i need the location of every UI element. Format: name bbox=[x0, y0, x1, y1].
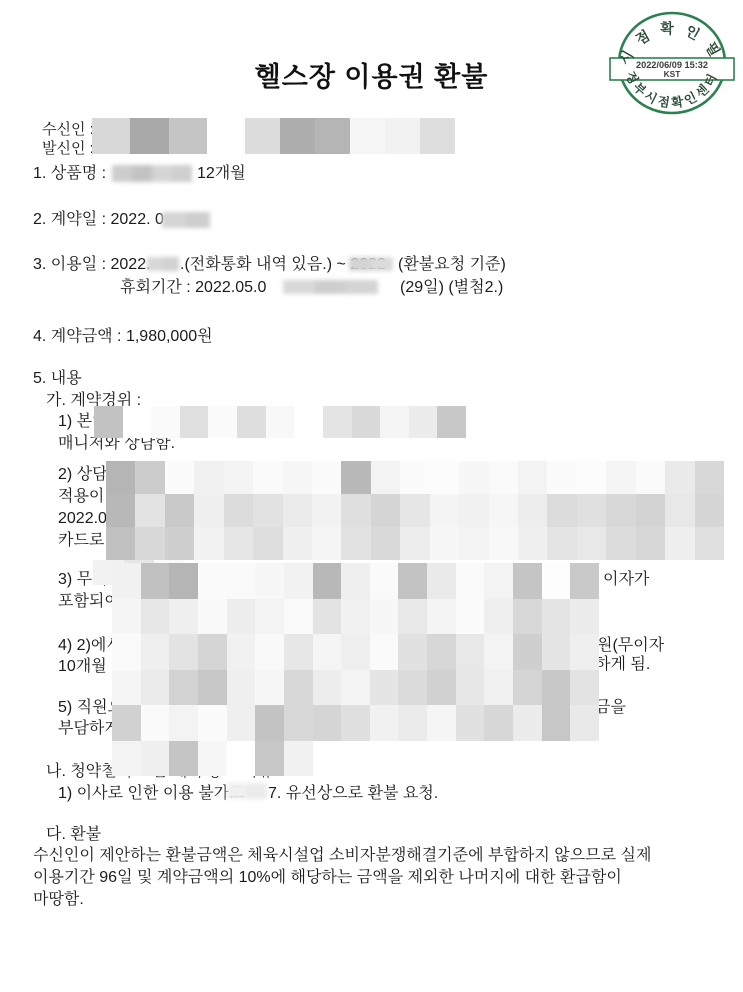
item3-pre: 3. 이용일 : 2022. bbox=[33, 256, 151, 274]
ga-p3-line2: 포함되어 bbox=[58, 593, 120, 611]
item1-suffix: 12개월 bbox=[197, 165, 246, 183]
ga-p4-right: 원(무이자 bbox=[597, 637, 664, 655]
recipient-label: 수신인 : bbox=[42, 121, 94, 138]
ga-p4b-left: 10개월 bbox=[58, 658, 107, 676]
ga-p2-line4: 카드로 bbox=[58, 532, 104, 550]
ga-p1-line2: 매니저와 상담함. bbox=[58, 435, 175, 453]
na-line-post: 7. 유선상으로 환불 요청. bbox=[268, 785, 438, 803]
ga-p4-left: 4) 2)에서 bbox=[58, 637, 122, 655]
item3-post: (환불요청 기준) bbox=[398, 256, 506, 274]
na-heading: 나. 청약철회 또는 해지 통보 사유 : bbox=[46, 763, 283, 781]
ga-p5-line2: 부담하게 bbox=[58, 720, 120, 738]
item3-mid: .(전화통화 내역 있음.) ~ 2022 bbox=[180, 256, 386, 274]
item2-line: 2. 계약일 : 2022. 0 bbox=[33, 211, 164, 229]
sender-label: 발신인 : bbox=[42, 140, 94, 157]
ga-p3-right: 이자가 bbox=[603, 571, 649, 589]
na-line-pre: 1) 이사로 인한 이용 불가로 bbox=[58, 785, 245, 803]
item1-label: 1. 상품명 : bbox=[33, 165, 106, 183]
document-page: 시점확인필 정부시점확인센터 2022/06/09 15:32 KST 헬스장 … bbox=[0, 0, 743, 992]
document-text: 헬스장 이용권 환불 수신인 : 발신인 : 1. 상품명 : 12개월 2. … bbox=[0, 0, 743, 992]
ga-p4b-right: 하게 됨. bbox=[595, 656, 650, 674]
ga-p3-left: 3) 무이자 bbox=[58, 571, 123, 589]
page-title: 헬스장 이용권 환불 bbox=[0, 62, 743, 93]
da-line2: 이용기간 96일 및 계약금액의 10%에 해당하는 금액을 제외한 나머지에 … bbox=[33, 869, 622, 887]
ga-heading: 가. 계약경위 : bbox=[46, 392, 141, 410]
ga-p2-line3: 2022.0 bbox=[58, 510, 107, 528]
ga-p5-left: 5) 직원으 bbox=[58, 699, 123, 717]
item4-line: 4. 계약금액 : 1,980,000원 bbox=[33, 328, 213, 346]
item5-line: 5. 내용 bbox=[33, 370, 82, 388]
ga-p1-left: 1) 본인 bbox=[58, 413, 108, 431]
ga-p2-line1: 2) 상담 bbox=[58, 466, 108, 484]
item3-pause-post: (29일) (별첨2.) bbox=[400, 279, 503, 297]
da-heading: 다. 환불 bbox=[46, 826, 101, 844]
da-line1: 수신인이 제안하는 환불금액은 체육시설업 소비자분쟁해결기준에 부합하지 않으… bbox=[33, 847, 651, 865]
ga-p5-right: 금을 bbox=[595, 699, 626, 717]
da-line3: 마땅함. bbox=[33, 891, 84, 909]
ga-p2-line2: 적용이 bbox=[58, 488, 104, 506]
item3-pause-pre: 휴회기간 : 2022.05.0 bbox=[120, 279, 266, 297]
